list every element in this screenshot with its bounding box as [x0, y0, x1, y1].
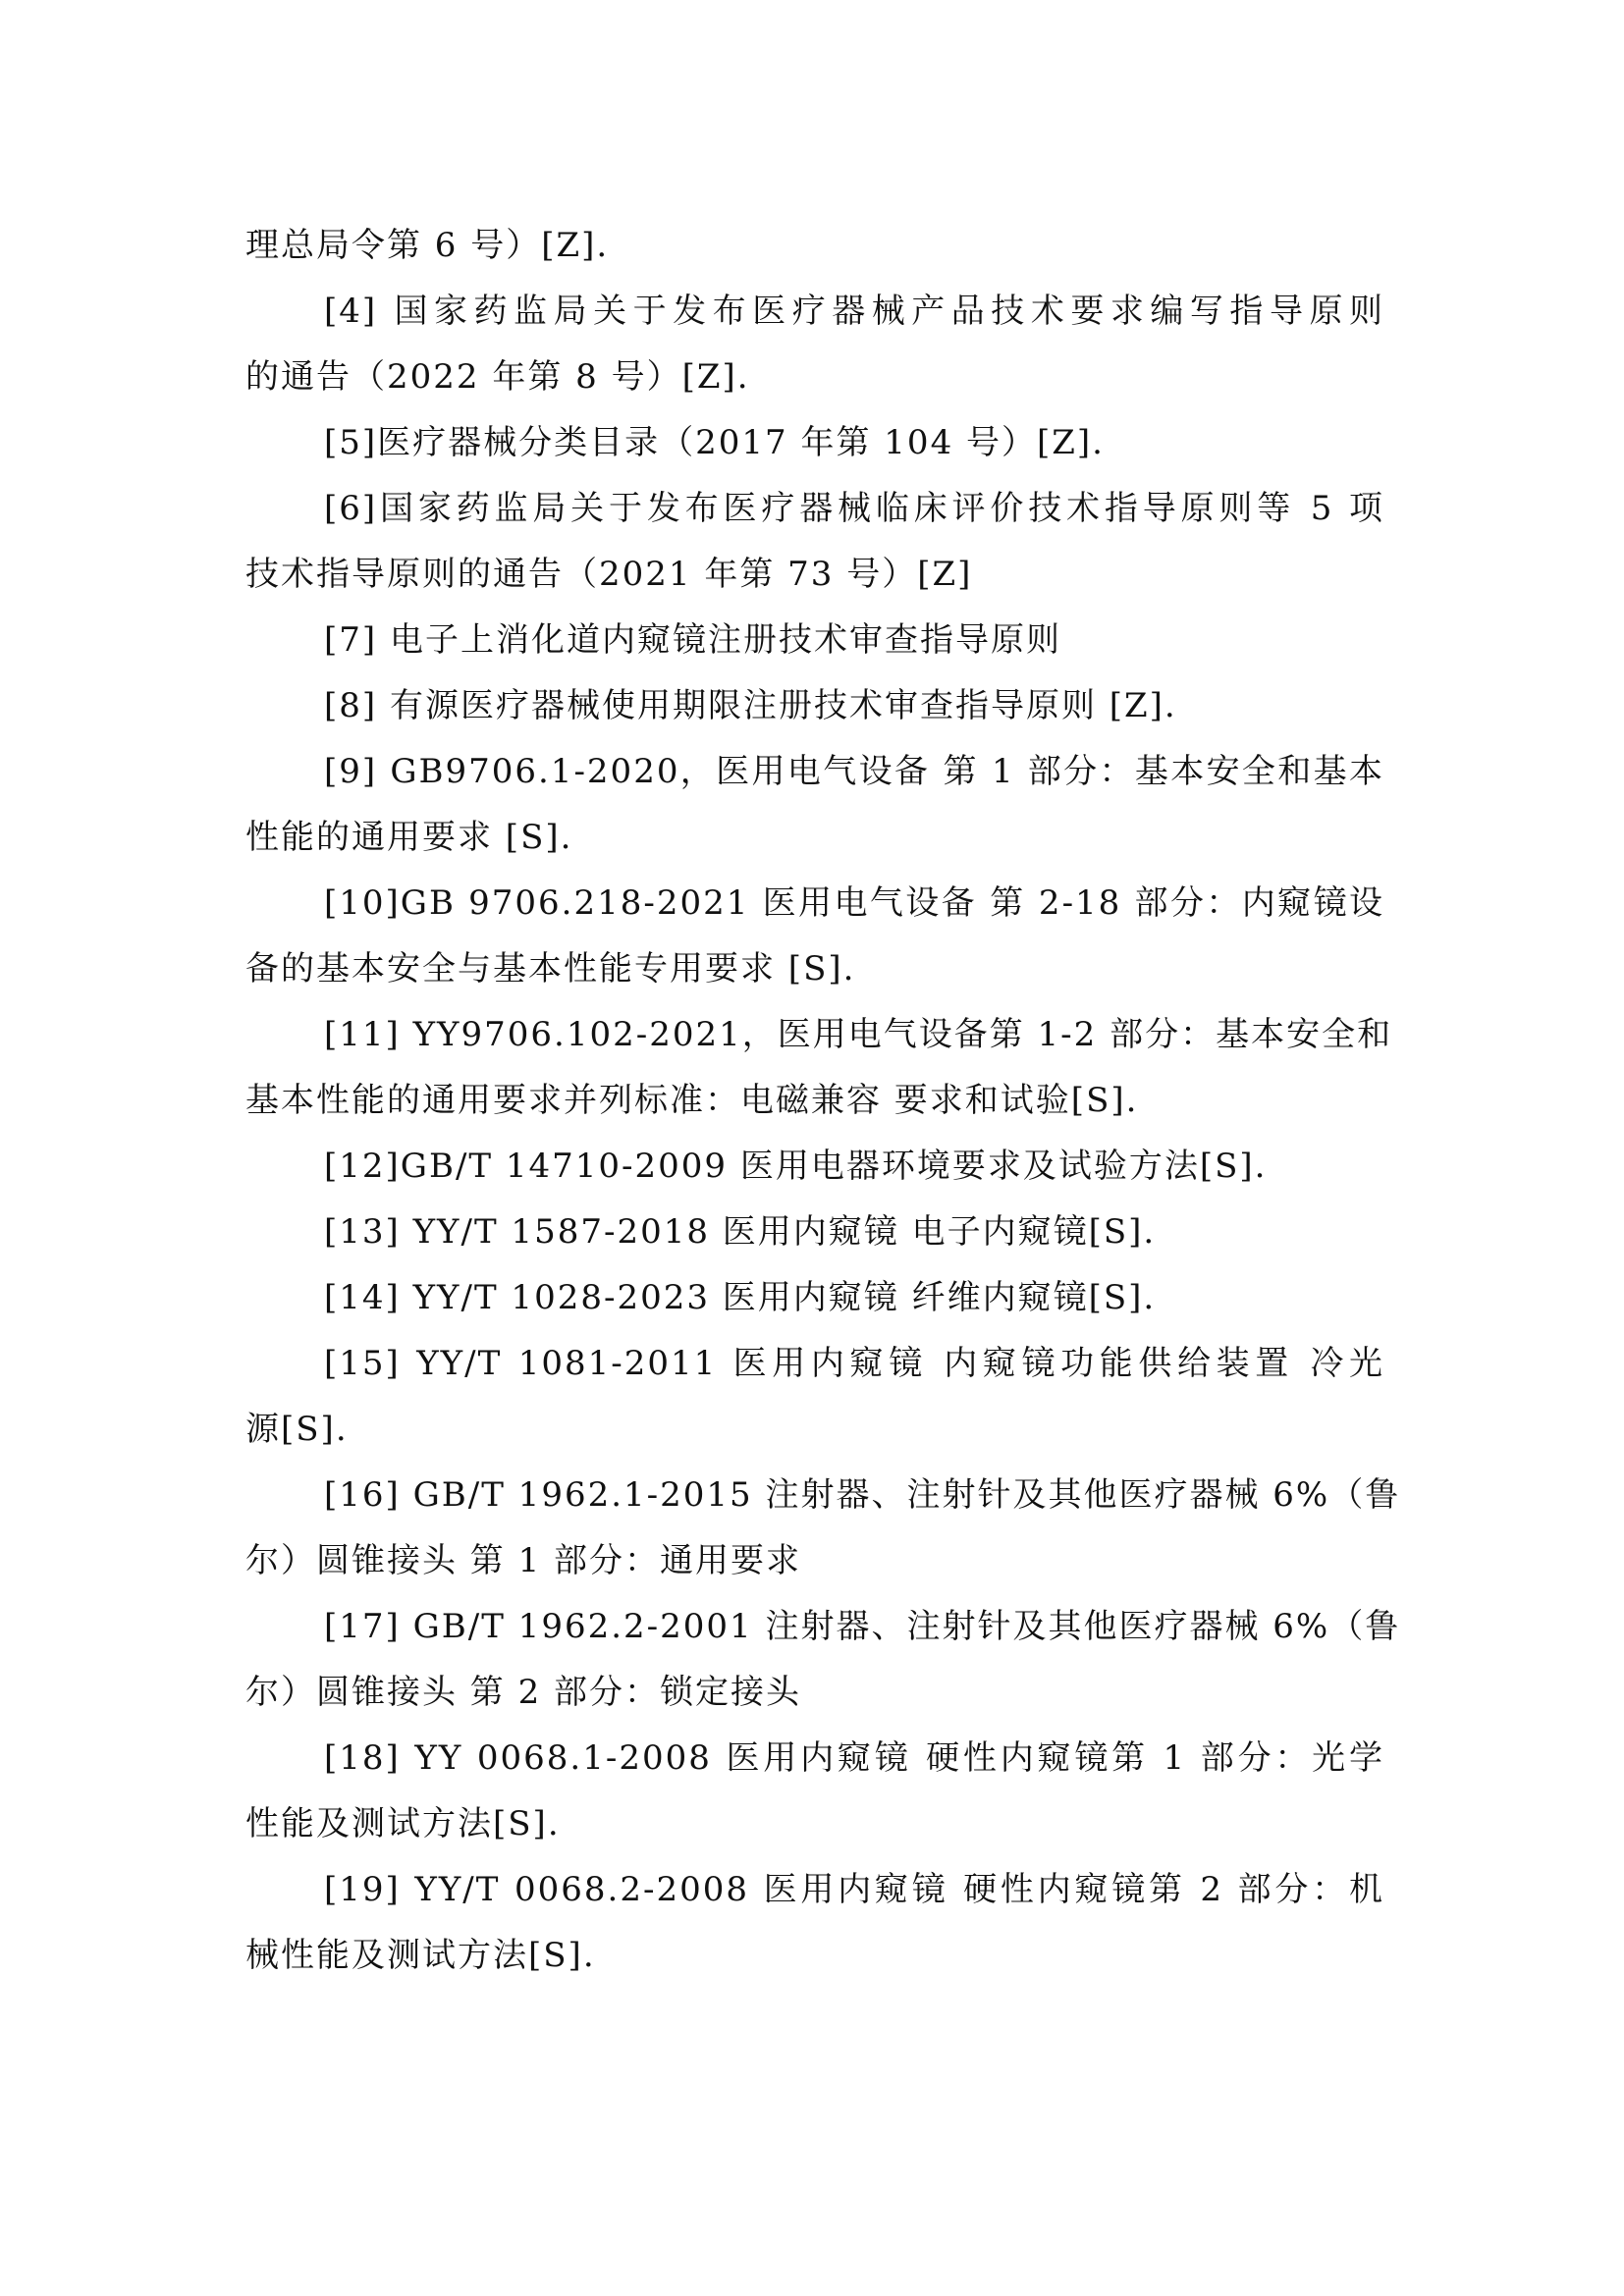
text-line: 尔）圆锥接头 第 2 部分：锁定接头 — [245, 1660, 1384, 1726]
reference-18: [18] YY 0068.1-2008 医用内窥镜 硬性内窥镜第 1 部分：光学 — [245, 1726, 1384, 1791]
reference-9: [9] GB9706.1-2020，医用电气设备 第 1 部分：基本安全和基本 — [245, 739, 1384, 805]
reference-15: [15] YY/T 1081-2011 医用内窥镜 内窥镜功能供给装置 冷光 — [245, 1331, 1384, 1397]
text-line: 械性能及测试方法[S]. — [245, 1923, 1384, 1989]
text-line: 基本性能的通用要求并列标准：电磁兼容 要求和试验[S]. — [245, 1068, 1384, 1134]
text-line: 性能及测试方法[S]. — [245, 1791, 1384, 1857]
text-line: 技术指导原则的通告（2021 年第 73 号）[Z] — [245, 542, 1384, 608]
reference-19: [19] YY/T 0068.2-2008 医用内窥镜 硬性内窥镜第 2 部分：… — [245, 1857, 1384, 1923]
text-line: 尔）圆锥接头 第 1 部分：通用要求 — [245, 1528, 1384, 1594]
reference-10: [10]GB 9706.218-2021 医用电气设备 第 2-18 部分：内窥… — [245, 871, 1384, 936]
reference-12: [12]GB/T 14710-2009 医用电器环境要求及试验方法[S]. — [245, 1134, 1384, 1200]
reference-14: [14] YY/T 1028-2023 医用内窥镜 纤维内窥镜[S]. — [245, 1265, 1384, 1331]
reference-7: [7] 电子上消化道内窥镜注册技术审查指导原则 — [245, 608, 1384, 673]
text-line: 的通告（2022 年第 8 号）[Z]. — [245, 345, 1384, 410]
document-page: 理总局令第 6 号）[Z]. [4] 国家药监局关于发布医疗器械产品技术要求编写… — [245, 213, 1384, 1989]
reference-11: [11] YY9706.102-2021，医用电气设备第 1-2 部分：基本安全… — [245, 1002, 1384, 1068]
reference-6: [6]国家药监局关于发布医疗器械临床评价技术指导原则等 5 项 — [245, 476, 1384, 542]
reference-16: [16] GB/T 1962.1-2015 注射器、注射针及其他医疗器械 6%（… — [245, 1463, 1384, 1528]
reference-4: [4] 国家药监局关于发布医疗器械产品技术要求编写指导原则 — [245, 279, 1384, 345]
text-line: 备的基本安全与基本性能专用要求 [S]. — [245, 936, 1384, 1002]
reference-17: [17] GB/T 1962.2-2001 注射器、注射针及其他医疗器械 6%（… — [245, 1594, 1384, 1660]
text-line: 源[S]. — [245, 1397, 1384, 1463]
reference-5: [5]医疗器械分类目录（2017 年第 104 号）[Z]. — [245, 410, 1384, 476]
reference-13: [13] YY/T 1587-2018 医用内窥镜 电子内窥镜[S]. — [245, 1200, 1384, 1265]
text-line: 性能的通用要求 [S]. — [245, 805, 1384, 871]
text-line: 理总局令第 6 号）[Z]. — [245, 213, 1384, 279]
reference-8: [8] 有源医疗器械使用期限注册技术审查指导原则 [Z]. — [245, 673, 1384, 739]
